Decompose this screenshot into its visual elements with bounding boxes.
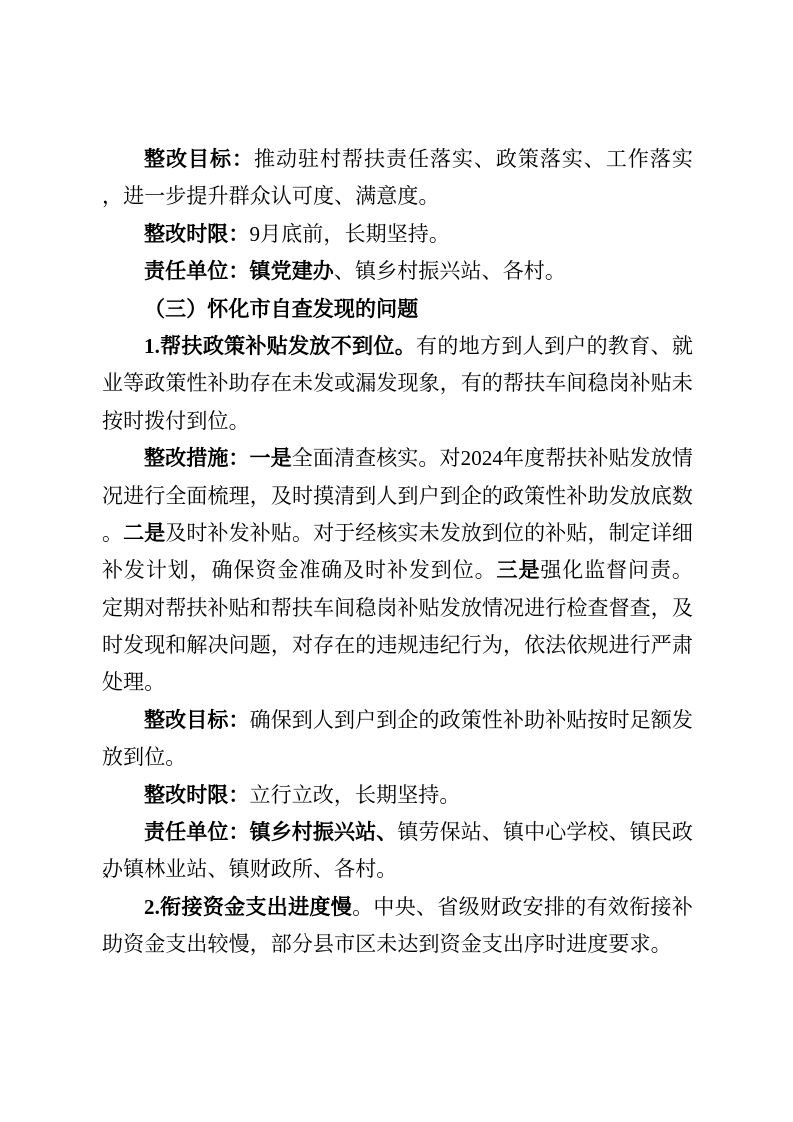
text-run: 全面清查核实。对2024年度帮扶补贴发放情	[292, 446, 693, 470]
text-run: 。	[102, 521, 123, 545]
text-line: 补发计划，确保资金准确及时补发到位。三是强化监督问责。	[102, 552, 693, 589]
text-run: 有的地方到人到户的教育、就	[416, 334, 693, 358]
text-line: 、镇林业站、镇财政所、各村。	[102, 851, 693, 888]
document-body-text: 整改目标：推动驻村帮扶责任落实、政策落实、工作落实 ，进一步提升群众认可度、满意…	[102, 141, 693, 964]
text-line: ，进一步提升群众认可度、满意度。	[102, 178, 693, 215]
text-line: 按时拨付到位。	[102, 403, 693, 440]
text-run: 、镇林业站、镇财政所、各村。	[102, 857, 397, 881]
text-line: 2.衔接资金支出进度慢。中央、省级财政安排的有效衔接补	[102, 889, 693, 926]
text-run: 立行立改，长期坚持。	[250, 783, 461, 807]
text-line: 整改目标：推动驻村帮扶责任落实、政策落实、工作落实	[102, 141, 693, 178]
text-run: 定期对帮扶补贴和帮扶车间稳岗补贴发放情况进行检查督查，及	[102, 596, 693, 620]
text-run: 及时补发补贴。对于经核实未发放到位的补贴，制定详细	[165, 521, 693, 545]
text-run: 按时拨付到位。	[102, 409, 250, 433]
field-label-rectification-goal: 整改目标：	[144, 708, 250, 732]
text-run: 9月底前，长期坚持。	[250, 222, 451, 246]
field-label-responsible-unit: 责任单位：镇乡村振兴站、	[144, 820, 397, 844]
text-line: 整改目标：确保到人到户到企的政策性补助补贴按时足额发	[102, 702, 693, 739]
enumerator-third: 三是	[497, 558, 541, 582]
text-run: 确保到人到户到企的政策性补助补贴按时足额发	[250, 708, 693, 732]
text-run: 业等政策性补助存在未发或漏发现象，有的帮扶车间稳岗补贴未	[102, 371, 693, 395]
text-line: 时发现和解决问题，对存在的违规违纪行为，依法依规进行严肃	[102, 627, 693, 664]
text-line: 责任单位：镇党建办、镇乡村振兴站、各村。	[102, 253, 693, 290]
text-line: 助资金支出较慢，部分县市区未达到资金支出序时进度要求。	[102, 926, 693, 963]
text-line: 责任单位：镇乡村振兴站、镇劳保站、镇中心学校、镇民政办	[102, 814, 693, 851]
text-line: 放到位。	[102, 739, 693, 776]
text-run: 推动驻村帮扶责任落实、政策落实、工作落实	[254, 147, 693, 171]
text-run: 放到位。	[102, 745, 186, 769]
text-line: 定期对帮扶补贴和帮扶车间稳岗补贴发放情况进行检查督查，及	[102, 590, 693, 627]
text-line: 况进行全面梳理，及时摸清到人到户到企的政策性补助发放底数	[102, 478, 693, 515]
enumerator-second: 二是	[123, 521, 165, 545]
text-line: 整改措施：一是全面清查核实。对2024年度帮扶补贴发放情	[102, 440, 693, 477]
field-label-rectification-measures: 整改措施：一是	[144, 446, 292, 470]
problem-title-1: 1.帮扶政策补贴发放不到位。	[144, 334, 416, 358]
text-line: 业等政策性补助存在未发或漏发现象，有的帮扶车间稳岗补贴未	[102, 365, 693, 402]
text-line: 整改时限：9月底前，长期坚持。	[102, 216, 693, 253]
text-line: 。二是及时补发补贴。对于经核实未发放到位的补贴，制定详细	[102, 515, 693, 552]
text-run: 况进行全面梳理，及时摸清到人到户到企的政策性补助发放底数	[102, 484, 693, 508]
text-run: 时发现和解决问题，对存在的违规违纪行为，依法依规进行严肃	[102, 633, 693, 657]
field-label-rectification-deadline: 整改时限：	[144, 783, 250, 807]
text-run: 处理。	[102, 670, 165, 694]
text-run: 强化监督问责。	[540, 558, 693, 582]
field-label-rectification-deadline: 整改时限：	[144, 222, 250, 246]
text-run: 助资金支出较慢，部分县市区未达到资金支出序时进度要求。	[102, 932, 672, 956]
field-label-responsible-unit: 责任单位：镇党建办	[144, 259, 334, 283]
text-run: 补发计划，确保资金准确及时补发到位。	[102, 558, 497, 582]
problem-title-2: 2.衔接资金支出进度慢	[144, 895, 352, 919]
text-line: 整改时限：立行立改，长期坚持。	[102, 777, 693, 814]
text-run: 、镇乡村振兴站、各村。	[334, 259, 566, 283]
section-heading-text: （三）怀化市自查发现的问题	[144, 297, 418, 321]
text-run: 。中央、省级财政安排的有效衔接补	[352, 895, 693, 919]
field-label-rectification-goal: 整改目标：	[144, 147, 254, 171]
document-page: 整改目标：推动驻村帮扶责任落实、政策落实、工作落实 ，进一步提升群众认可度、满意…	[0, 0, 793, 1122]
section-heading: （三）怀化市自查发现的问题	[102, 291, 693, 328]
text-line: 1.帮扶政策补贴发放不到位。有的地方到人到户的教育、就	[102, 328, 693, 365]
text-run: ，进一步提升群众认可度、满意度。	[102, 184, 440, 208]
text-line: 处理。	[102, 664, 693, 701]
